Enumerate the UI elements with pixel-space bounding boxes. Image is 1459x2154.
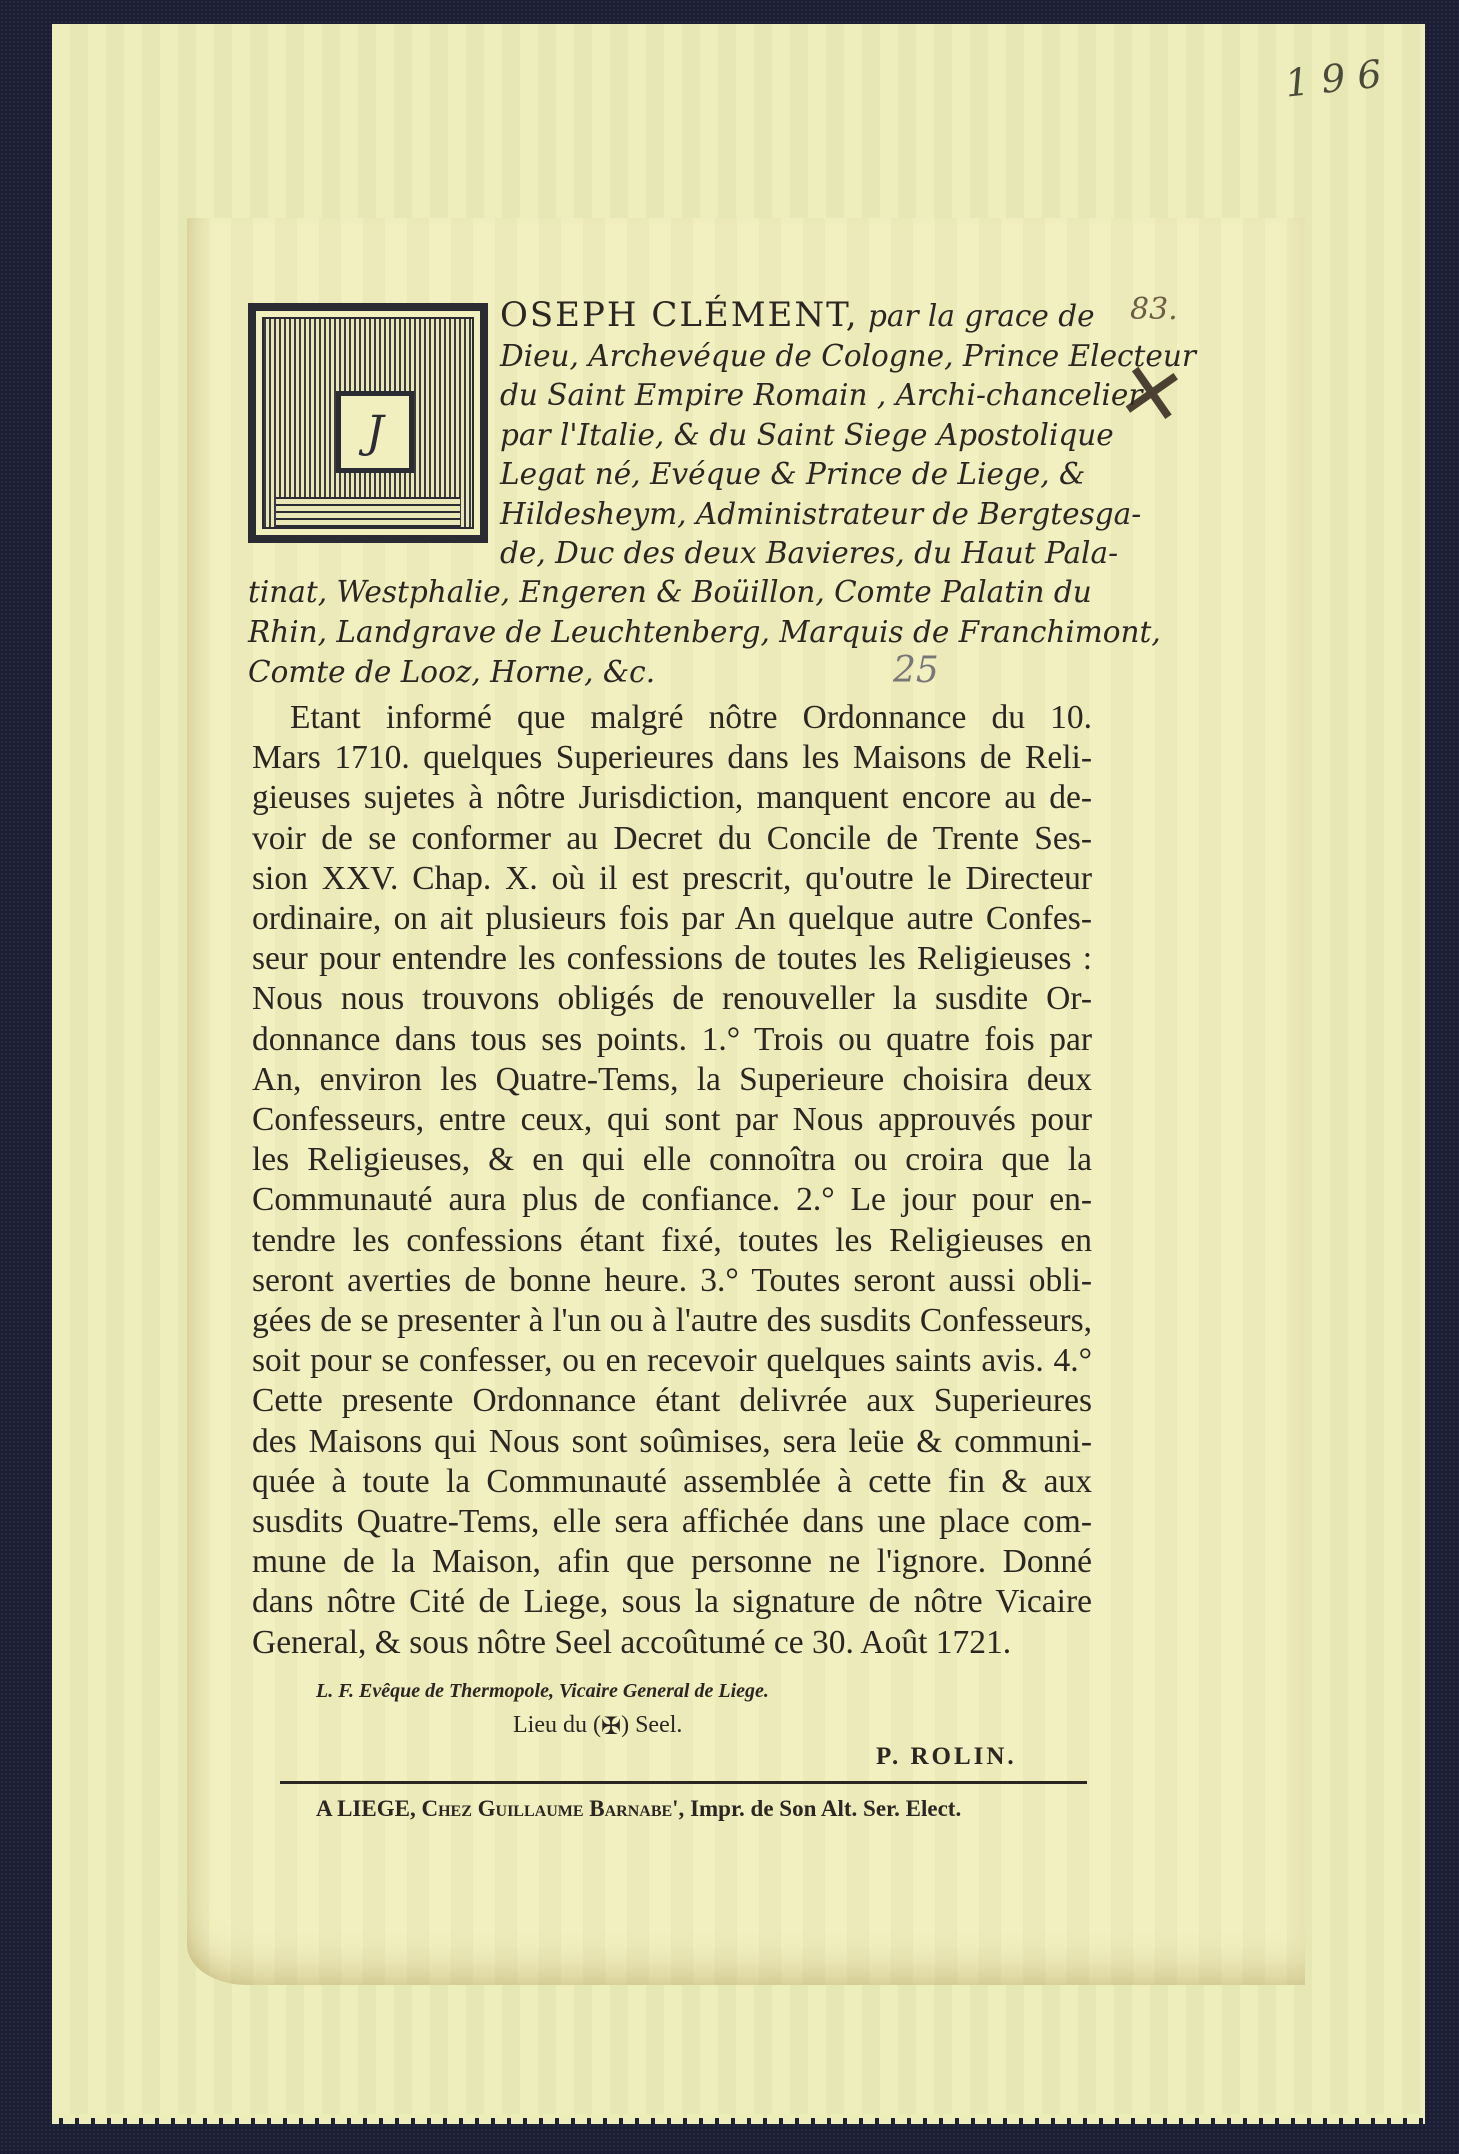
title-line: Comte de Looz, Horne, &c. (248, 652, 1088, 692)
body-line: dans nôtre Cité de Liege, sous la signat… (252, 1582, 1092, 1622)
body-line: seur pour entendre les confessions de to… (252, 939, 1092, 979)
body-line: soit pour se confesser, ou en recevoir q… (252, 1341, 1092, 1381)
body-line: ordinaire, on ait plusieurs fois par An … (252, 899, 1092, 939)
secretary-signature: P. ROLIN. (876, 1743, 1017, 1771)
body-line: quée à toute la Communauté assemblée à c… (252, 1462, 1092, 1502)
body-line: sion XXV. Chap. X. où il est prescrit, q… (252, 859, 1092, 899)
altar-steps (276, 497, 460, 527)
vicar-signature: L. F. Evêque de Thermopole, Vicaire Gene… (316, 1680, 769, 1703)
seal-place: Lieu du (✠) Seel. (513, 1712, 682, 1741)
body-line: susdits Quatre-Tems, elle sera affichée … (252, 1502, 1092, 1542)
imprint-place: A LIEGE, (316, 1796, 416, 1821)
title-line: par l'Italie, & du Saint Siege Apostoliq… (500, 416, 1088, 456)
body-line: gées de se presenter à l'un ou à l'autre… (252, 1301, 1092, 1341)
maltese-cross-icon: ✠ (601, 1712, 621, 1741)
title-line: Rhin, Landgrave de Leuchtenberg, Marquis… (248, 612, 1088, 652)
body-line: Mars 1710. quelques Superieures dans les… (252, 738, 1092, 778)
body-line: Etant informé que malgré nôtre Ordonnanc… (252, 698, 1092, 738)
issuer-name: OSEPH CLÉMENT, (500, 295, 859, 335)
title-line: de, Duc des deux Bavieres, du Haut Pala- (500, 534, 1088, 574)
title-continuation: tinat, Westphalie, Engeren & Boüillon, C… (248, 572, 1088, 692)
imprint-printer: Chez Guillaume Barnabe', (416, 1796, 685, 1821)
body-line: mune de la Maison, afin que personne ne … (252, 1542, 1092, 1582)
body-line: gieuses sujetes à nôtre Jurisdiction, ma… (252, 778, 1092, 818)
title-line: OSEPH CLÉMENT, par la grace de (500, 296, 1088, 337)
body-line: Confesseurs, entre ceux, qui sont par No… (252, 1100, 1092, 1140)
body-line: Cette presente Ordonnance étant delivrée… (252, 1381, 1092, 1421)
title-line: du Saint Empire Romain , Archi-chancelie… (500, 376, 1088, 416)
body-line: tendre les confessions étant fixé, toute… (252, 1221, 1092, 1261)
body-line: Communauté aura plus de confiance. 2.° L… (252, 1180, 1092, 1220)
initial-letter: J (336, 391, 414, 473)
imprint-tail: Impr. de Son Alt. Ser. Elect. (684, 1796, 961, 1821)
body-line: An, environ les Quatre-Tems, la Superieu… (252, 1060, 1092, 1100)
body-line: Nous nous trouvons obligés de renouvelle… (252, 979, 1092, 1019)
title-line: Dieu, Archevéque de Cologne, Prince Elec… (500, 337, 1088, 377)
divider-rule (280, 1781, 1087, 1784)
title-block: OSEPH CLÉMENT, par la grace de Dieu, Arc… (500, 296, 1088, 574)
body-line: voir de se conformer au Decret du Concil… (252, 819, 1092, 859)
body-line: des Maisons qui Nous sont soûmises, sera… (252, 1422, 1092, 1462)
body-line: seront averties de bonne heure. 3.° Tout… (252, 1261, 1092, 1301)
title-line: tinat, Westphalie, Engeren & Boüillon, C… (248, 572, 1088, 612)
printer-imprint: A LIEGE, Chez Guillaume Barnabe', Impr. … (316, 1796, 961, 1822)
title-line: Hildesheym, Administrateur de Bergtesga- (500, 495, 1088, 535)
ordinance-body: Etant informé que malgré nôtre Ordonnanc… (252, 698, 1092, 1663)
body-line: General, & sous nôtre Seel accoûtumé ce … (252, 1623, 1092, 1663)
title-line: Legat né, Evéque & Prince de Liege, & (500, 455, 1088, 495)
margin-note-number: 83. (1130, 292, 1178, 327)
body-line: donnance dans tous ses points. 1.° Trois… (252, 1020, 1092, 1060)
body-line: les Religieuses, & en qui elle connoîtra… (252, 1140, 1092, 1180)
ornamental-initial-icon: J (248, 303, 488, 543)
